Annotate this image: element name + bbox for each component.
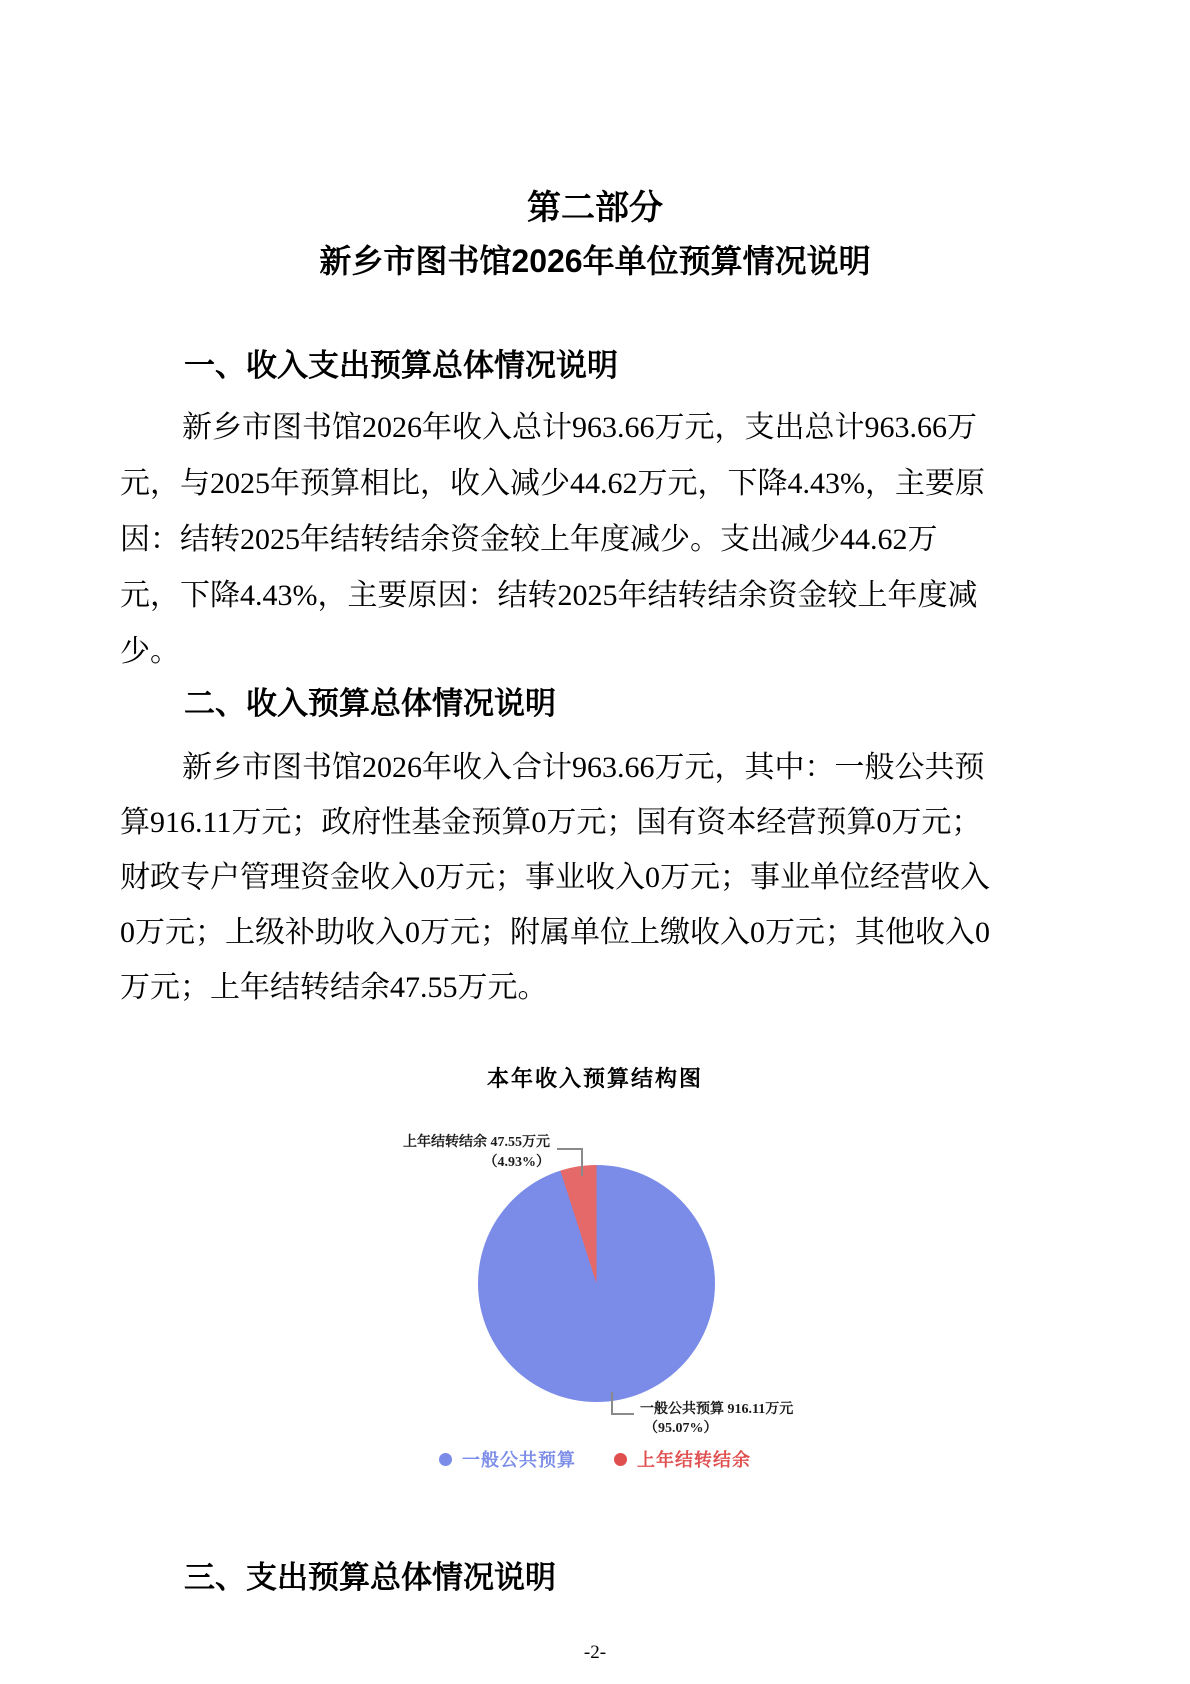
paragraph-line: 算916.11万元；政府性基金预算0万元；国有资本经营预算0万元； [120, 795, 1072, 850]
paragraph-line: 少。 [120, 624, 1072, 680]
pie-label-text: 一般公共预算 916.11万元 [640, 1400, 880, 1419]
part-subtitle: 新乡市图书馆2026年单位预算情况说明 [0, 236, 1190, 282]
pie-label-text: 上年结转结余 47.55万元 [358, 1133, 550, 1153]
section2-paragraph: 新乡市图书馆2026年收入合计963.66万元，其中：一般公共预 算916.11… [120, 740, 1072, 1015]
paragraph-line: 新乡市图书馆2026年收入总计963.66万元，支出总计963.66万 [120, 400, 1072, 456]
page-number: -2- [0, 1642, 1190, 1664]
legend-item: 上年结转结余 [614, 1446, 751, 1472]
pie-circle [478, 1165, 715, 1402]
chart-legend: 一般公共预算 上年结转结余 [0, 1446, 1190, 1472]
paragraph-line: 新乡市图书馆2026年收入合计963.66万元，其中：一般公共预 [120, 740, 1072, 795]
paragraph-line: 0万元；上级补助收入0万元；附属单位上缴收入0万元；其他收入0 [120, 905, 1072, 960]
paragraph-line: 万元；上年结转结余47.55万元。 [120, 960, 1072, 1015]
legend-dot-general-icon [439, 1453, 452, 1466]
chart-title: 本年收入预算结构图 [0, 1062, 1190, 1093]
document-page: 第二部分 新乡市图书馆2026年单位预算情况说明 一、收入支出预算总体情况说明 … [0, 0, 1190, 1684]
leader-line [581, 1148, 583, 1176]
pie-label-carryover: 上年结转结余 47.55万元 （4.93%） [358, 1133, 550, 1173]
leader-line [557, 1148, 583, 1150]
part-title: 第二部分 [0, 180, 1190, 229]
leader-line [611, 1413, 634, 1415]
pie-label-general: 一般公共预算 916.11万元 （95.07%） [640, 1400, 880, 1438]
paragraph-line: 因：结转2025年结转结余资金较上年度减少。支出减少44.62万 [120, 512, 1072, 568]
section1-paragraph: 新乡市图书馆2026年收入总计963.66万元，支出总计963.66万 元，与2… [120, 400, 1072, 680]
paragraph-line: 元，下降4.43%，主要原因：结转2025年结转结余资金较上年度减 [120, 568, 1072, 624]
legend-label: 一般公共预算 [462, 1446, 576, 1472]
section3-heading: 三、支出预算总体情况说明 [184, 1560, 556, 1596]
section2-heading: 二、收入预算总体情况说明 [184, 686, 556, 722]
legend-dot-carryover-icon [614, 1453, 627, 1466]
paragraph-line: 元，与2025年预算相比，收入减少44.62万元，下降4.43%，主要原 [120, 456, 1072, 512]
legend-label: 上年结转结余 [637, 1446, 751, 1472]
section1-heading: 一、收入支出预算总体情况说明 [184, 348, 618, 384]
leader-line [611, 1392, 613, 1415]
pie-label-percent: （95.07%） [640, 1419, 880, 1438]
legend-item: 一般公共预算 [439, 1446, 576, 1472]
paragraph-line: 财政专户管理资金收入0万元；事业收入0万元；事业单位经营收入 [120, 850, 1072, 905]
pie-label-percent: （4.93%） [358, 1153, 550, 1173]
